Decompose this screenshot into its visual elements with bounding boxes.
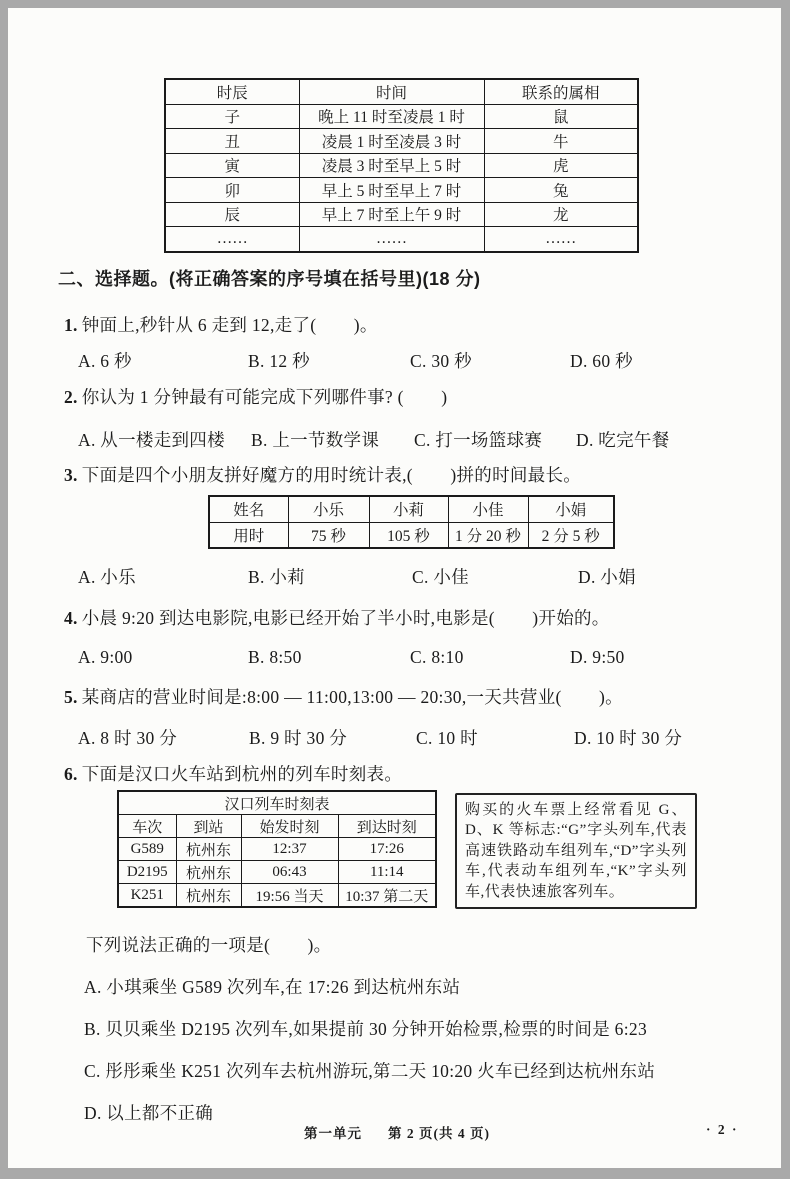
timetable-header-cell: 到站 <box>176 815 241 838</box>
q3-cell: 105 秒 <box>369 522 448 548</box>
zodiac-cell: 鼠 <box>484 104 638 129</box>
option-item: A. 9:00 <box>78 647 133 668</box>
option-item: D. 小娟 <box>578 564 636 589</box>
worksheet-page: 时辰 时间 联系的属相 子 晚上 11 时至凌晨 1 时 鼠 丑 凌晨 1 时至… <box>8 8 781 1168</box>
table-row: 子 晚上 11 时至凌晨 1 时 鼠 <box>165 104 638 129</box>
timetable-cell: D2195 <box>118 861 176 884</box>
q3-cell: 小莉 <box>369 496 448 522</box>
q3-cell: 1 分 20 秒 <box>448 522 528 548</box>
option-item: D. 9:50 <box>570 647 625 668</box>
zodiac-cell: 子 <box>165 104 299 129</box>
zodiac-cell: …… <box>484 227 638 252</box>
question-number: 5. <box>64 687 78 707</box>
option-item: B. 小莉 <box>248 564 305 589</box>
timetable-cell: 杭州东 <box>176 861 241 884</box>
question-stem: 下列说法正确的一项是( )。 <box>86 932 331 957</box>
q3-cell: 2 分 5 秒 <box>528 522 614 548</box>
timetable-header-cell: 到达时刻 <box>338 815 436 838</box>
table-row: 卯 早上 5 时至早上 7 时 兔 <box>165 178 638 203</box>
table-row: 寅 凌晨 3 时至早上 5 时 虎 <box>165 153 638 178</box>
timetable-cell: 06:43 <box>241 861 338 884</box>
q3-cell: 姓名 <box>209 496 288 522</box>
question-number: 1. <box>64 315 78 335</box>
footer-page-info: 第 2 页(共 4 页) <box>388 1122 490 1142</box>
timetable-cell: 10:37 第二天 <box>338 884 436 908</box>
option-item: D. 吃完午餐 <box>576 427 670 452</box>
option-item: D. 10 时 30 分 <box>574 725 682 750</box>
option-item: A. 6 秒 <box>78 348 132 373</box>
footer-page-number: · 2 · <box>706 1122 739 1138</box>
option-item: C. 10 时 <box>416 725 478 750</box>
zodiac-header-cell: 时辰 <box>165 79 299 104</box>
timetable-cell: 杭州东 <box>176 884 241 908</box>
train-timetable: 汉口列车时刻表 车次 到站 始发时刻 到达时刻 G589 杭州东 12:37 1… <box>117 790 437 908</box>
q3-cell: 用时 <box>209 522 288 548</box>
scan-background: { "zodiac_table": { "headers": ["时辰", "时… <box>0 0 790 1179</box>
statement-item: A. 小琪乘坐 G589 次列车,在 17:26 到达杭州东站 <box>84 974 460 999</box>
question-line: 3.下面是四个小朋友拼好魔方的用时统计表,( )拼的时间最长。 <box>64 462 581 487</box>
timetable-cell: 11:14 <box>338 861 436 884</box>
question-text: 某商店的营业时间是:8:00 — 11:00,13:00 — 20:30,一天共… <box>82 687 623 707</box>
zodiac-header-cell: 时间 <box>299 79 484 104</box>
table-row: …… …… …… <box>165 227 638 252</box>
question-number: 3. <box>64 465 78 485</box>
table-row: K251 杭州东 19:56 当天 10:37 第二天 <box>118 884 436 908</box>
option-item: B. 12 秒 <box>248 348 310 373</box>
table-row: 丑 凌晨 1 时至凌晨 3 时 牛 <box>165 129 638 154</box>
section-title: 二、选择题。(将正确答案的序号填在括号里)(18 分) <box>58 265 481 291</box>
table-row: 车次 到站 始发时刻 到达时刻 <box>118 815 436 838</box>
question-text: 小晨 9:20 到达电影院,电影已经开始了半小时,电影是( )开始的。 <box>82 608 610 628</box>
zodiac-cell: 龙 <box>484 202 638 227</box>
zodiac-cell: 兔 <box>484 178 638 203</box>
info-box: 购买的火车票上经常看见 G、D、K 等标志:“G”字头列车,代表高速铁路动车组列… <box>455 793 697 909</box>
zodiac-cell: 辰 <box>165 202 299 227</box>
q3-cell: 小佳 <box>448 496 528 522</box>
table-row: G589 杭州东 12:37 17:26 <box>118 838 436 861</box>
statement-item: B. 贝贝乘坐 D2195 次列车,如果提前 30 分钟开始检票,检票的时间是 … <box>84 1016 647 1041</box>
option-item: B. 8:50 <box>248 647 302 668</box>
option-item: C. 打一场篮球赛 <box>414 427 542 452</box>
timetable-cell: G589 <box>118 838 176 861</box>
table-row: 汉口列车时刻表 <box>118 791 436 815</box>
question-number: 6. <box>64 764 78 784</box>
question-text: 下面是四个小朋友拼好魔方的用时统计表,( )拼的时间最长。 <box>82 465 581 485</box>
timetable-cell: 17:26 <box>338 838 436 861</box>
question-text: 下面是汉口火车站到杭州的列车时刻表。 <box>82 764 402 784</box>
zodiac-table: 时辰 时间 联系的属相 子 晚上 11 时至凌晨 1 时 鼠 丑 凌晨 1 时至… <box>164 78 639 253</box>
zodiac-cell: 卯 <box>165 178 299 203</box>
question-number: 4. <box>64 608 78 628</box>
zodiac-cell: …… <box>165 227 299 252</box>
zodiac-cell: 虎 <box>484 153 638 178</box>
option-item: A. 从一楼走到四楼 <box>78 427 225 452</box>
option-item: C. 30 秒 <box>410 348 472 373</box>
table-row: 姓名 小乐 小莉 小佳 小娟 <box>209 496 614 522</box>
table-row: D2195 杭州东 06:43 11:14 <box>118 861 436 884</box>
zodiac-cell: 丑 <box>165 129 299 154</box>
statement-item: D. 以上都不正确 <box>84 1100 213 1125</box>
question-line: 5.某商店的营业时间是:8:00 — 11:00,13:00 — 20:30,一… <box>64 684 623 709</box>
zodiac-cell: 早上 7 时至上午 9 时 <box>299 202 484 227</box>
timetable-header-cell: 车次 <box>118 815 176 838</box>
question-text: 你认为 1 分钟最有可能完成下列哪件事? ( ) <box>82 387 448 407</box>
table-row: 时辰 时间 联系的属相 <box>165 79 638 104</box>
cube-time-table: 姓名 小乐 小莉 小佳 小娟 用时 75 秒 105 秒 1 分 20 秒 2 … <box>208 495 615 549</box>
question-line: 2.你认为 1 分钟最有可能完成下列哪件事? ( ) <box>64 384 447 409</box>
question-number: 2. <box>64 387 78 407</box>
timetable-cell: 12:37 <box>241 838 338 861</box>
timetable-cell: 19:56 当天 <box>241 884 338 908</box>
q3-cell: 小乐 <box>288 496 369 522</box>
option-item: B. 上一节数学课 <box>251 427 379 452</box>
table-row: 用时 75 秒 105 秒 1 分 20 秒 2 分 5 秒 <box>209 522 614 548</box>
timetable-title: 汉口列车时刻表 <box>118 791 436 815</box>
option-item: C. 小佳 <box>412 564 469 589</box>
zodiac-cell: 凌晨 3 时至早上 5 时 <box>299 153 484 178</box>
zodiac-cell: 晚上 11 时至凌晨 1 时 <box>299 104 484 129</box>
option-item: A. 小乐 <box>78 564 136 589</box>
q3-cell: 75 秒 <box>288 522 369 548</box>
zodiac-cell: 牛 <box>484 129 638 154</box>
timetable-cell: 杭州东 <box>176 838 241 861</box>
question-line: 4.小晨 9:20 到达电影院,电影已经开始了半小时,电影是( )开始的。 <box>64 605 610 630</box>
question-line: 6.下面是汉口火车站到杭州的列车时刻表。 <box>64 761 402 786</box>
option-item: B. 9 时 30 分 <box>249 725 347 750</box>
zodiac-cell: 寅 <box>165 153 299 178</box>
zodiac-cell: 早上 5 时至早上 7 时 <box>299 178 484 203</box>
statement-item: C. 彤彤乘坐 K251 次列车去杭州游玩,第二天 10:20 火车已经到达杭州… <box>84 1058 655 1083</box>
zodiac-cell: …… <box>299 227 484 252</box>
footer-unit: 第一单元 <box>304 1122 362 1142</box>
option-item: D. 60 秒 <box>570 348 633 373</box>
q3-cell: 小娟 <box>528 496 614 522</box>
question-text: 钟面上,秒针从 6 走到 12,走了( )。 <box>82 315 378 335</box>
zodiac-cell: 凌晨 1 时至凌晨 3 时 <box>299 129 484 154</box>
zodiac-header-cell: 联系的属相 <box>484 79 638 104</box>
question-line: 1.钟面上,秒针从 6 走到 12,走了( )。 <box>64 312 378 337</box>
timetable-header-cell: 始发时刻 <box>241 815 338 838</box>
table-row: 辰 早上 7 时至上午 9 时 龙 <box>165 202 638 227</box>
timetable-cell: K251 <box>118 884 176 908</box>
option-item: C. 8:10 <box>410 647 464 668</box>
option-item: A. 8 时 30 分 <box>78 725 177 750</box>
